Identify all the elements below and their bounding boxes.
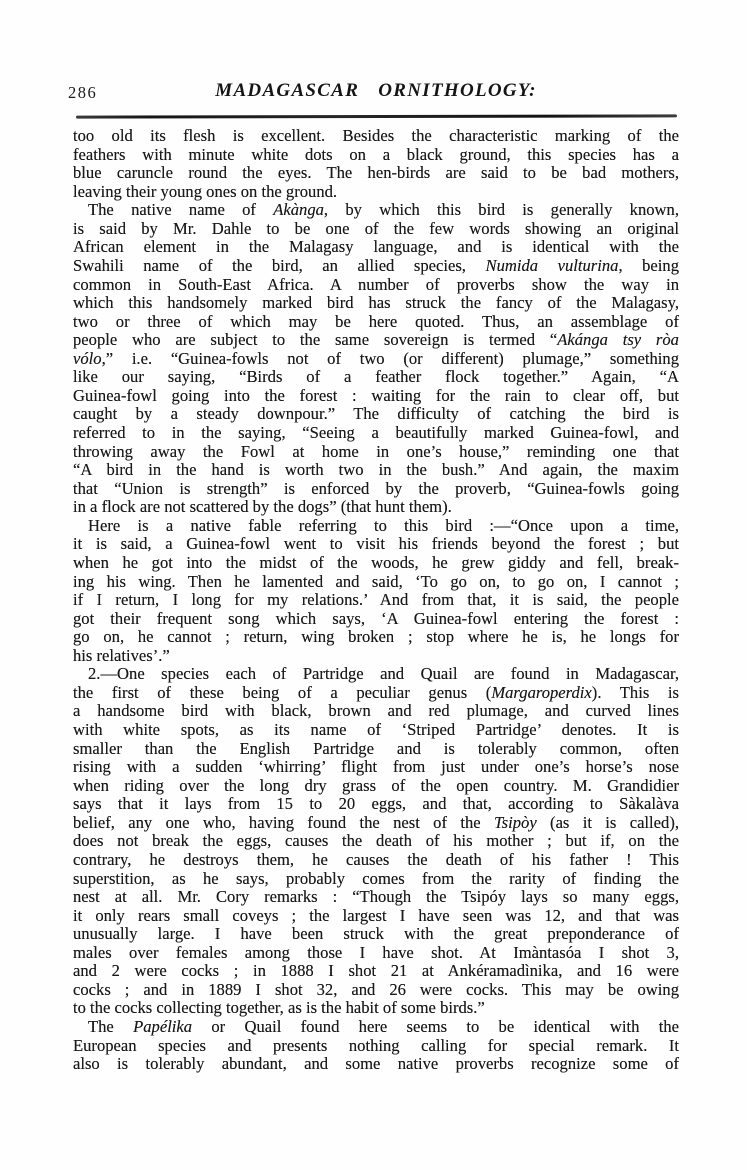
text-segment: if I return, I long for my relations.’ A…: [73, 590, 679, 609]
text-line: caught by a steady downpour.” The diffic…: [73, 405, 679, 424]
italic-text-segment: Numida vulturina: [486, 256, 619, 275]
text-segment: blue caruncle round the eyes. The hen-bi…: [73, 163, 679, 182]
text-line: when riding over the long dry grass of t…: [73, 777, 679, 796]
text-segment: contrary, he destroys them, he causes th…: [73, 850, 679, 869]
text-line: superstition, as he says, probably comes…: [73, 870, 679, 889]
text-line: it only rears small coveys ; the largest…: [73, 907, 679, 926]
text-line: like our saying, “Birds of a feather flo…: [73, 368, 679, 387]
italic-text-segment: Margaroperdix: [491, 683, 591, 702]
text-line: Guinea-fowl going into the forest : wait…: [73, 387, 679, 406]
text-segment: “A bird in the hand is worth two in the …: [73, 460, 679, 479]
italic-text-segment: Tsipòy: [494, 813, 537, 832]
text-segment: when he got into the midst of the woods,…: [73, 553, 679, 572]
text-segment: which this handsomely marked bird has st…: [73, 293, 679, 312]
text-segment: when riding over the long dry grass of t…: [73, 776, 679, 795]
text-segment: or Quail found here seems to be identica…: [192, 1017, 679, 1036]
text-segment: nest at all. Mr. Cory remarks : “Though …: [73, 887, 679, 906]
text-line: leaving their young ones on the ground.: [73, 183, 679, 202]
italic-text-segment: Akánga tsy ròa: [557, 330, 679, 349]
page-number: 286: [68, 83, 97, 103]
text-line: that “Union is strength” is enforced by …: [73, 480, 679, 499]
text-line: 2.—One species each of Partridge and Qua…: [73, 665, 679, 684]
text-segment: that “Union is strength” is enforced by …: [73, 479, 679, 498]
paragraph-3: Here is a native fable referring to this…: [73, 517, 679, 666]
text-line: got their frequent song which says, ‘A G…: [73, 610, 679, 629]
text-segment: Swahili name of the bird, an allied spec…: [73, 256, 486, 275]
text-line: is said by Mr. Dahle to be one of the fe…: [73, 220, 679, 239]
text-line: smaller than the English Partridge and i…: [73, 740, 679, 759]
text-line: in a flock are not scattered by the dogs…: [73, 498, 679, 517]
text-segment: superstition, as he says, probably comes…: [73, 869, 679, 888]
text-segment: (as it is called),: [537, 813, 679, 832]
text-segment: Guinea-fowl going into the forest : wait…: [73, 386, 679, 405]
text-line: “A bird in the hand is worth two in the …: [73, 461, 679, 480]
text-segment: like our saying, “Birds of a feather flo…: [73, 367, 679, 386]
paragraph-1: too old its flesh is excellent. Besides …: [73, 127, 679, 201]
text-line: with white spots, as its name of ‘Stripe…: [73, 721, 679, 740]
text-segment: does not break the eggs, causes the deat…: [73, 831, 679, 850]
text-segment: his relatives’.”: [73, 646, 170, 665]
text-line: males over females among those I have sh…: [73, 944, 679, 963]
text-segment: a handsome bird with black, brown and re…: [73, 701, 679, 720]
text-segment: it is said, a Guinea-fowl went to visit …: [73, 534, 679, 553]
text-line: belief, any one who, having found the ne…: [73, 814, 679, 833]
italic-text-segment: Akànga: [273, 200, 324, 219]
paragraph-4: 2.—One species each of Partridge and Qua…: [73, 665, 679, 1018]
text-segment: smaller than the English Partridge and i…: [73, 739, 679, 758]
text-line: unusually large. I have been struck with…: [73, 925, 679, 944]
page-body: too old its flesh is excellent. Besides …: [73, 127, 679, 1074]
text-segment: African element in the Malagasy language…: [73, 237, 679, 256]
text-line: it is said, a Guinea-fowl went to visit …: [73, 535, 679, 554]
text-line: African element in the Malagasy language…: [73, 238, 679, 257]
text-line: rising with a sudden ‘whirring’ flight f…: [73, 758, 679, 777]
text-segment: people who are subject to the same sover…: [73, 330, 557, 349]
text-segment: , by which this bird is generally known,: [324, 200, 679, 219]
text-line: also is tolerably abundant, and some nat…: [73, 1055, 679, 1074]
italic-text-segment: vólo: [73, 349, 102, 368]
text-line: too old its flesh is excellent. Besides …: [73, 127, 679, 146]
text-segment: common in South-East Africa. A number of…: [73, 275, 679, 294]
text-line: to the cocks collecting together, as is …: [73, 999, 679, 1018]
text-segment: also is tolerably abundant, and some nat…: [73, 1054, 679, 1073]
text-line: his relatives’.”: [73, 647, 679, 666]
text-segment: ). This is: [592, 683, 679, 702]
italic-text-segment: Papélika: [133, 1017, 192, 1036]
text-line: The Papélika or Quail found here seems t…: [73, 1018, 679, 1037]
text-line: when he got into the midst of the woods,…: [73, 554, 679, 573]
text-line: contrary, he destroys them, he causes th…: [73, 851, 679, 870]
page-header: 286 MADAGASCAR ORNITHOLOGY:: [73, 80, 679, 106]
text-line: referred to in the saying, “Seeing a bea…: [73, 424, 679, 443]
text-segment: says that it lays from 15 to 20 eggs, an…: [73, 794, 679, 813]
running-title: MADAGASCAR ORNITHOLOGY:: [73, 80, 679, 102]
paragraph-5: The Papélika or Quail found here seems t…: [73, 1018, 679, 1074]
text-line: The native name of Akànga, by which this…: [73, 201, 679, 220]
text-line: Swahili name of the bird, an allied spec…: [73, 257, 679, 276]
text-line: and 2 were cocks ; in 1888 I shot 21 at …: [73, 962, 679, 981]
header-rule: [76, 114, 677, 118]
text-segment: throwing away the Fowl at home in one’s …: [73, 442, 679, 461]
text-segment: leaving their young ones on the ground.: [73, 182, 337, 201]
text-segment: rising with a sudden ‘whirring’ flight f…: [73, 757, 679, 776]
text-line: does not break the eggs, causes the deat…: [73, 832, 679, 851]
paragraph-2: The native name of Akànga, by which this…: [73, 201, 679, 517]
text-line: which this handsomely marked bird has st…: [73, 294, 679, 313]
text-segment: referred to in the saying, “Seeing a bea…: [73, 423, 679, 442]
text-segment: go on, he cannot ; return, wing broken ;…: [73, 627, 679, 646]
text-segment: the first of these being of a peculiar g…: [73, 683, 491, 702]
text-line: nest at all. Mr. Cory remarks : “Though …: [73, 888, 679, 907]
text-segment: to the cocks collecting together, as is …: [73, 998, 485, 1017]
text-segment: The native name of: [88, 200, 273, 219]
text-line: cocks ; and in 1889 I shot 32, and 26 we…: [73, 981, 679, 1000]
text-line: ing his wing. Then he lamented and said,…: [73, 573, 679, 592]
text-segment: and 2 were cocks ; in 1888 I shot 21 at …: [73, 961, 679, 980]
text-segment: 2.—One species each of Partridge and Qua…: [88, 664, 679, 683]
text-segment: feathers with minute white dots on a bla…: [73, 145, 679, 164]
text-segment: it only rears small coveys ; the largest…: [73, 906, 679, 925]
text-segment: too old its flesh is excellent. Besides …: [73, 126, 679, 145]
text-line: European species and presents nothing ca…: [73, 1037, 679, 1056]
text-segment: Here is a native fable referring to this…: [88, 516, 679, 535]
text-line: Here is a native fable referring to this…: [73, 517, 679, 536]
scanned-book-page: 286 MADAGASCAR ORNITHOLOGY: too old its …: [0, 0, 747, 1170]
text-segment: belief, any one who, having found the ne…: [73, 813, 494, 832]
text-line: blue caruncle round the eyes. The hen-bi…: [73, 164, 679, 183]
text-segment: cocks ; and in 1889 I shot 32, and 26 we…: [73, 980, 679, 999]
text-segment: , being: [618, 256, 679, 275]
text-line: a handsome bird with black, brown and re…: [73, 702, 679, 721]
text-line: the first of these being of a peculiar g…: [73, 684, 679, 703]
text-segment: is said by Mr. Dahle to be one of the fe…: [73, 219, 679, 238]
text-segment: The: [88, 1017, 133, 1036]
text-line: feathers with minute white dots on a bla…: [73, 146, 679, 165]
text-segment: European species and presents nothing ca…: [73, 1036, 679, 1055]
text-line: people who are subject to the same sover…: [73, 331, 679, 350]
text-line: common in South-East Africa. A number of…: [73, 276, 679, 295]
text-segment: in a flock are not scattered by the dogs…: [73, 497, 452, 516]
text-segment: caught by a steady downpour.” The diffic…: [73, 404, 679, 423]
text-segment: got their frequent song which says, ‘A G…: [73, 609, 679, 628]
text-line: throwing away the Fowl at home in one’s …: [73, 443, 679, 462]
text-line: says that it lays from 15 to 20 eggs, an…: [73, 795, 679, 814]
text-line: two or three of which may be here quoted…: [73, 313, 679, 332]
text-segment: ing his wing. Then he lamented and said,…: [73, 572, 679, 591]
text-segment: unusually large. I have been struck with…: [73, 924, 679, 943]
text-segment: with white spots, as its name of ‘Stripe…: [73, 720, 679, 739]
text-segment: males over females among those I have sh…: [73, 943, 679, 962]
text-line: go on, he cannot ; return, wing broken ;…: [73, 628, 679, 647]
text-line: vólo,” i.e. “Guinea-fowls not of two (or…: [73, 350, 679, 369]
text-segment: two or three of which may be here quoted…: [73, 312, 679, 331]
text-line: if I return, I long for my relations.’ A…: [73, 591, 679, 610]
text-segment: ,” i.e. “Guinea-fowls not of two (or dif…: [102, 349, 679, 368]
